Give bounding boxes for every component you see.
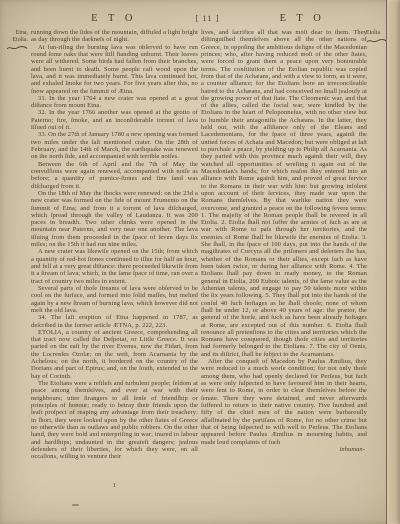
paragraph: A new crater was likewiſe opened on the … — [31, 248, 198, 285]
text-column-left: running down the ſides of the mountain, … — [31, 29, 198, 460]
page-header: E T O [ 11 ] E T O — [0, 13, 387, 27]
scan-page-edge — [386, 0, 400, 524]
paragraph: On the 18th of May the ſhocks were renew… — [31, 190, 198, 249]
press-figure: 1 — [31, 482, 198, 489]
paragraph: Several parts of thoſe ſtreams of lava w… — [31, 285, 198, 314]
paragraph: 32. In the year 1766 another was opened … — [31, 109, 198, 131]
text-column-right: lives, and ſacrifice all that was moſt d… — [201, 29, 367, 453]
margin-note-left-line2: Etolia. — [12, 37, 28, 43]
swash-flourish-icon — [6, 45, 28, 51]
paragraph: 34. The laſt eruption of Etna happened i… — [31, 314, 198, 329]
paragraph: After the conqueſt of Macedon by Paulus … — [201, 358, 367, 446]
margin-note-left-line1: Etna, — [16, 30, 28, 36]
paragraph: ETOLIA, a country of ancient Greece, com… — [31, 329, 198, 380]
catchword: inhuman- — [201, 446, 367, 453]
swash-flourish-icon — [366, 38, 388, 44]
paragraph: lives, and ſacrifice all that was moſt d… — [201, 29, 367, 358]
paragraph: Between the 6th of April and the 7th of … — [31, 161, 198, 190]
margin-note-right-line1: Etolia — [366, 30, 380, 36]
book-page-scan: E T O [ 11 ] E T O Etna, Etolia. Etolia … — [0, 0, 400, 524]
paragraph: running down the ſides of the mountain, … — [31, 29, 198, 44]
running-title-right: E T O — [217, 13, 387, 24]
paragraph: The Etolians were a reſtleſs and turbule… — [31, 380, 198, 460]
running-title-left: E T O — [30, 13, 198, 24]
margin-note-left: Etna, Etolia. — [2, 30, 28, 51]
scan-speck — [72, 504, 79, 506]
paragraph: 33. On the 27th of January 1780 a new op… — [31, 131, 198, 160]
paragraph: At ſun-riſing the burning lava was obſer… — [31, 44, 198, 95]
paragraph: 31. In the year 1764 a new crater was op… — [31, 95, 198, 110]
